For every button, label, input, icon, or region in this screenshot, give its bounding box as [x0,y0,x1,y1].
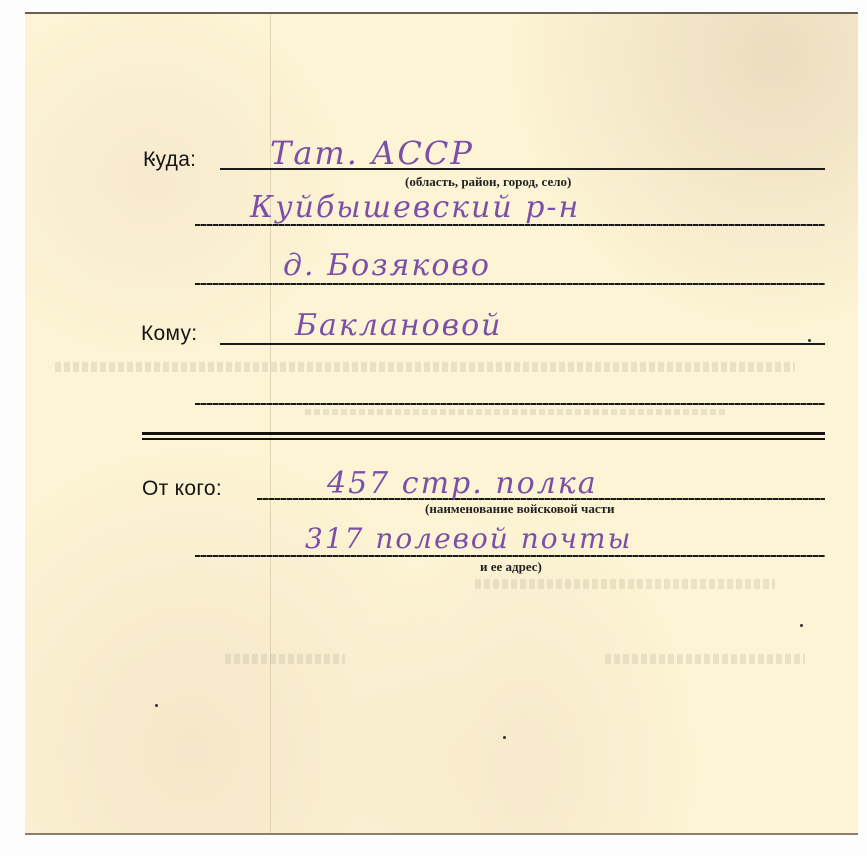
paper-speck [503,736,506,739]
letter-sheet: Куда: Тат. АССР (область, район, город, … [25,12,858,835]
to-where-hint: (область, район, город, село) [405,174,571,190]
separator-rule-bottom [142,438,825,440]
to-where-value-1: Тат. АССР [270,134,474,172]
bleed-through-text [55,362,795,372]
separator-rule-top [142,432,825,435]
bleed-through-text [475,579,775,589]
to-whom-value-1: Баклановой [295,308,503,343]
from-whom-line-2 [195,555,825,557]
from-whom-label: От кого: [142,477,222,501]
from-whom-hint-top: (наименование войсковой части [425,501,614,517]
bleed-through-text [605,654,805,664]
to-whom-line-1 [220,343,825,345]
to-where-label: Куда: [143,148,196,172]
bleed-through-text [305,409,725,415]
bleed-through-text [225,654,345,664]
to-where-value-2: Куйбышевский р-н [250,190,580,225]
paper-speck [800,624,803,627]
to-where-line-3 [195,283,825,285]
to-where-value-3: д. Бозяково [283,248,491,283]
to-whom-label: Кому: [141,322,197,346]
paper-speck [808,339,811,342]
to-whom-line-2 [195,403,825,405]
from-whom-hint-bottom: и ее адрес) [480,559,542,575]
paper-speck [152,158,155,161]
paper-speck [155,704,158,707]
from-whom-value-1: 457 стр. полка [327,466,598,501]
from-whom-value-2: 317 полевой почты [305,522,632,555]
